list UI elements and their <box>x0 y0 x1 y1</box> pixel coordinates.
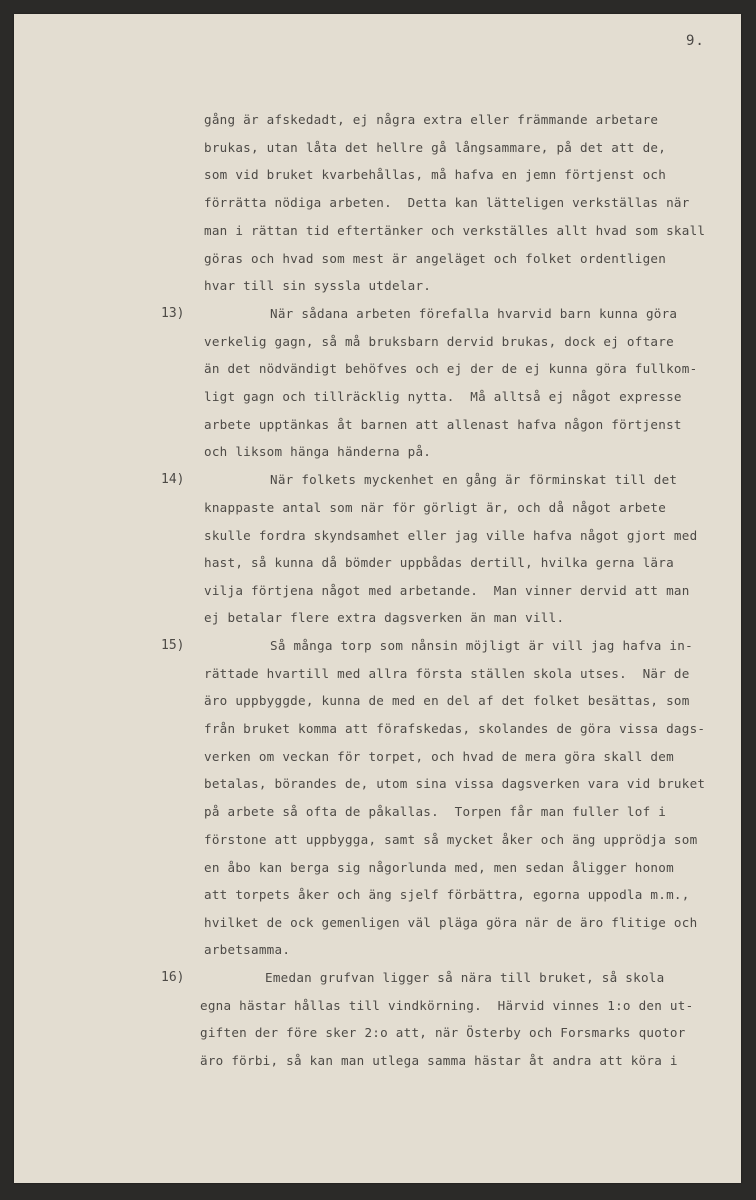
text-line: än det nödvändigt behöfves och ej der de… <box>204 361 697 377</box>
text-line: äro förbi, så kan man utlega samma hästa… <box>200 1053 678 1069</box>
text-line: betalas, börandes de, utom sina vissa da… <box>204 776 705 792</box>
text-line: knappaste antal som när för görligt är, … <box>204 500 666 516</box>
text-line: giften der före sker 2:o att, när Österb… <box>200 1025 686 1041</box>
text-line: man i rättan tid eftertänker och verkstä… <box>204 223 705 239</box>
text-line: gång är afskedadt, ej några extra eller … <box>204 112 658 128</box>
text-line: skulle fordra skyndsamhet eller jag vill… <box>204 528 697 544</box>
text-line: När folkets myckenhet en gång är förmins… <box>270 472 677 488</box>
text-line: rättade hvartill med allra första ställe… <box>204 666 690 682</box>
section-number: 16) <box>161 970 184 986</box>
text-line: hvilket de ock gemenligen väl pläga göra… <box>204 915 697 931</box>
text-line: från bruket komma att förafskedas, skola… <box>204 721 705 737</box>
section-number: 13) <box>161 306 184 322</box>
text-line: en åbo kan berga sig någorlunda med, men… <box>204 860 674 876</box>
text-line: arbetsamma. <box>204 942 290 958</box>
text-line: ligt gagn och tillräcklig nytta. Må allt… <box>204 389 682 405</box>
page-number: 9. <box>686 33 705 49</box>
text-line: ej betalar flere extra dagsverken än man… <box>204 610 564 626</box>
text-line: egna hästar hållas till vindkörning. Här… <box>200 998 693 1014</box>
text-line: vilja förtjena något med arbetande. Man … <box>204 583 690 599</box>
text-line: Emedan grufvan ligger så nära till bruke… <box>265 970 664 986</box>
text-line: att torpets åker och äng sjelf förbättra… <box>204 887 690 903</box>
text-line: Så många torp som nånsin möjligt är vill… <box>270 638 693 654</box>
text-line: arbete upptänkas åt barnen att allenast … <box>204 417 682 433</box>
text-line: förrätta nödiga arbeten. Detta kan lätte… <box>204 195 690 211</box>
text-line: verken om veckan för torpet, och hvad de… <box>204 749 674 765</box>
text-line: äro uppbyggde, kunna de med en del af de… <box>204 693 690 709</box>
text-line: på arbete så ofta de påkallas. Torpen få… <box>204 804 666 820</box>
text-line: brukas, utan låta det hellre gå långsamm… <box>204 140 666 156</box>
text-line: som vid bruket kvarbehållas, må hafva en… <box>204 167 666 183</box>
text-line: När sådana arbeten förefalla hvarvid bar… <box>270 306 677 322</box>
text-line: hvar till sin syssla utdelar. <box>204 278 431 294</box>
text-line: hast, så kunna då bömder uppbådas dertil… <box>204 555 674 571</box>
text-line: göras och hvad som mest är angeläget och… <box>204 251 666 267</box>
section-number: 15) <box>161 638 184 654</box>
text-line: verkelig gagn, så må bruksbarn dervid br… <box>204 334 674 350</box>
text-line: och liksom hänga händerna på. <box>204 444 431 460</box>
section-number: 14) <box>161 472 184 488</box>
text-line: förstone att uppbygga, samt så mycket åk… <box>204 832 697 848</box>
